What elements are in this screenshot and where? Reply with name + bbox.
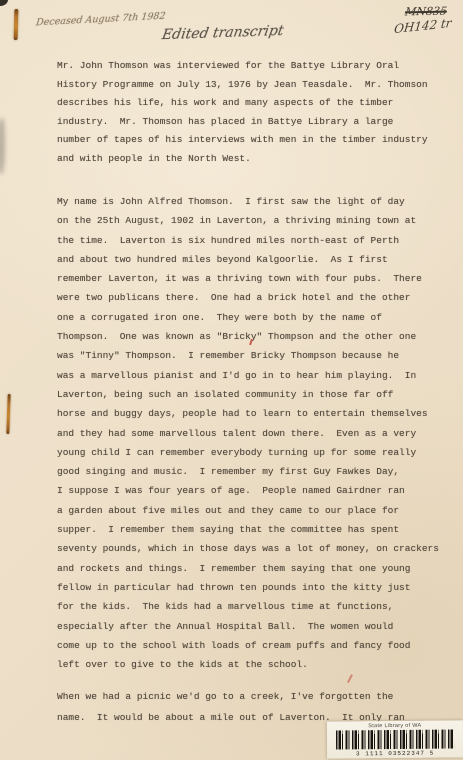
typed-paragraph-body: My name is John Alfred Thomson. I first … <box>57 192 439 674</box>
barcode-number: 3 1111 03522347 5 <box>356 750 434 758</box>
rusty-staple-mark-top <box>14 9 19 40</box>
red-proofing-slash <box>347 674 353 683</box>
handwritten-oh-call-number: OH142 tr <box>393 16 452 36</box>
rusty-staple-mark-middle <box>6 394 10 434</box>
scanned-document-page: Deceased August 7th 1982 Edited transcri… <box>0 0 463 760</box>
corner-shadow-mark <box>0 0 8 6</box>
handwritten-edited-transcript-note: Edited transcript <box>161 23 285 43</box>
barcode-sticker-label: State Library of WA <box>368 723 421 729</box>
edge-smudge-mark <box>0 118 5 174</box>
typed-paragraph-intro: Mr. John Thomson was interviewed for the… <box>57 57 428 169</box>
library-barcode-sticker: State Library of WA 3 1111 03522347 5 <box>327 720 463 758</box>
barcode-stripes <box>336 729 454 749</box>
handwritten-deceased-note: Deceased August 7th 1982 <box>35 11 166 29</box>
